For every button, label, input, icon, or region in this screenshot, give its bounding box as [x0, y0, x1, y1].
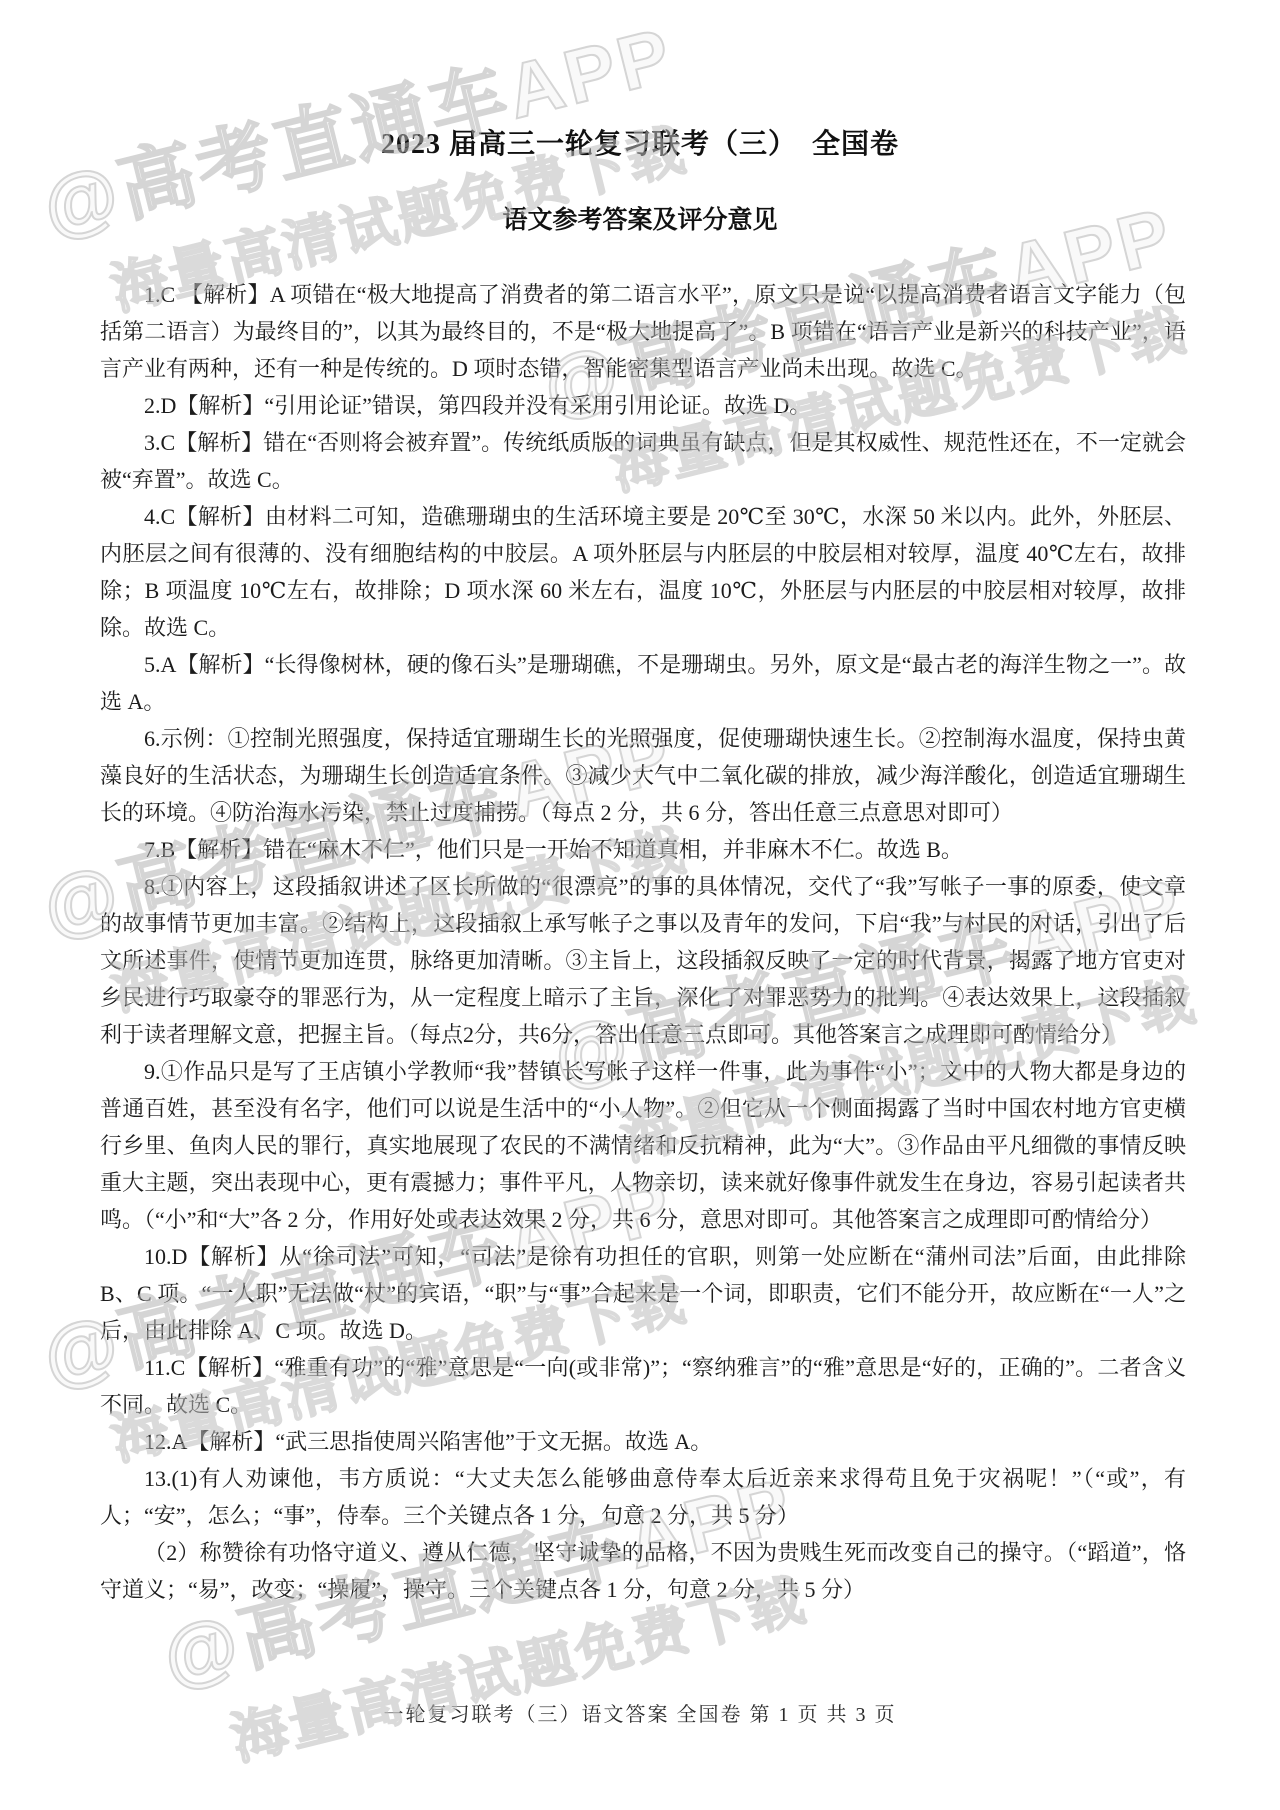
answer-paragraph: 4.C【解析】由材料二可知，造礁珊瑚虫的生活环境主要是 20℃至 30℃，水深 … — [100, 498, 1186, 646]
answer-paragraph: 3.C【解析】错在“否则将会被弃置”。传统纸质版的词典虽有缺点，但是其权威性、规… — [100, 424, 1186, 498]
answer-paragraph: 10.D【解析】从“徐司法”可知，“司法”是徐有功担任的官职，则第一处应断在“蒲… — [100, 1238, 1186, 1349]
answer-paragraph: 2.D【解析】“引用论证”错误，第四段并没有采用引用论证。故选 D。 — [100, 387, 1186, 424]
page-title: 2023 届高三一轮复习联考（三） 全国卷 — [0, 0, 1280, 162]
answer-paragraph: 8.①内容上，这段插叙讲述了区长所做的“很漂亮”的事的具体情况，交代了“我”写帐… — [100, 868, 1186, 1053]
page-footer: 一轮复习联考（三）语文答案 全国卷 第 1 页 共 3 页 — [0, 1698, 1280, 1727]
answer-paragraph: 13.(1)有人劝谏他，韦方质说：“大丈夫怎么能够曲意侍奉太后近亲来求得苟且免于… — [100, 1460, 1186, 1534]
answer-paragraph: 1.C 【解析】A 项错在“极大地提高了消费者的第二语言水平”，原文只是说“以提… — [100, 276, 1186, 387]
answer-paragraph: 7.B【解析】错在“麻木不仁”，他们只是一开始不知道真相，并非麻木不仁。故选 B… — [100, 831, 1186, 868]
answer-paragraph: 9.①作品只是写了王店镇小学教师“我”替镇长写帐子这样一件事，此为事件“小”；文… — [100, 1053, 1186, 1238]
answer-paragraph: 11.C【解析】“雅重有功”的“雅”意思是“一向(或非常)”；“察纳雅言”的“雅… — [100, 1349, 1186, 1423]
scanned-answer-page: @高考直通车APP 海量高清试题免费下载 @高考直通车APP 海量高清试题免费下… — [0, 0, 1280, 1810]
answer-paragraph: 12.A【解析】“武三思指使周兴陷害他”于文无据。故选 A。 — [100, 1423, 1186, 1460]
page-subtitle: 语文参考答案及评分意见 — [0, 162, 1280, 236]
answer-paragraph: 5.A【解析】“长得像树林，硬的像石头”是珊瑚礁，不是珊瑚虫。另外，原文是“最古… — [100, 646, 1186, 720]
answer-paragraph: （2）称赞徐有功恪守道义、遵从仁德，坚守诚挚的品格，不因为贵贱生死而改变自己的操… — [100, 1534, 1186, 1608]
answer-paragraph: 6.示例：①控制光照强度，保持适宜珊瑚生长的光照强度，促使珊瑚快速生长。②控制海… — [100, 720, 1186, 831]
answer-list: 1.C 【解析】A 项错在“极大地提高了消费者的第二语言水平”，原文只是说“以提… — [100, 276, 1186, 1608]
